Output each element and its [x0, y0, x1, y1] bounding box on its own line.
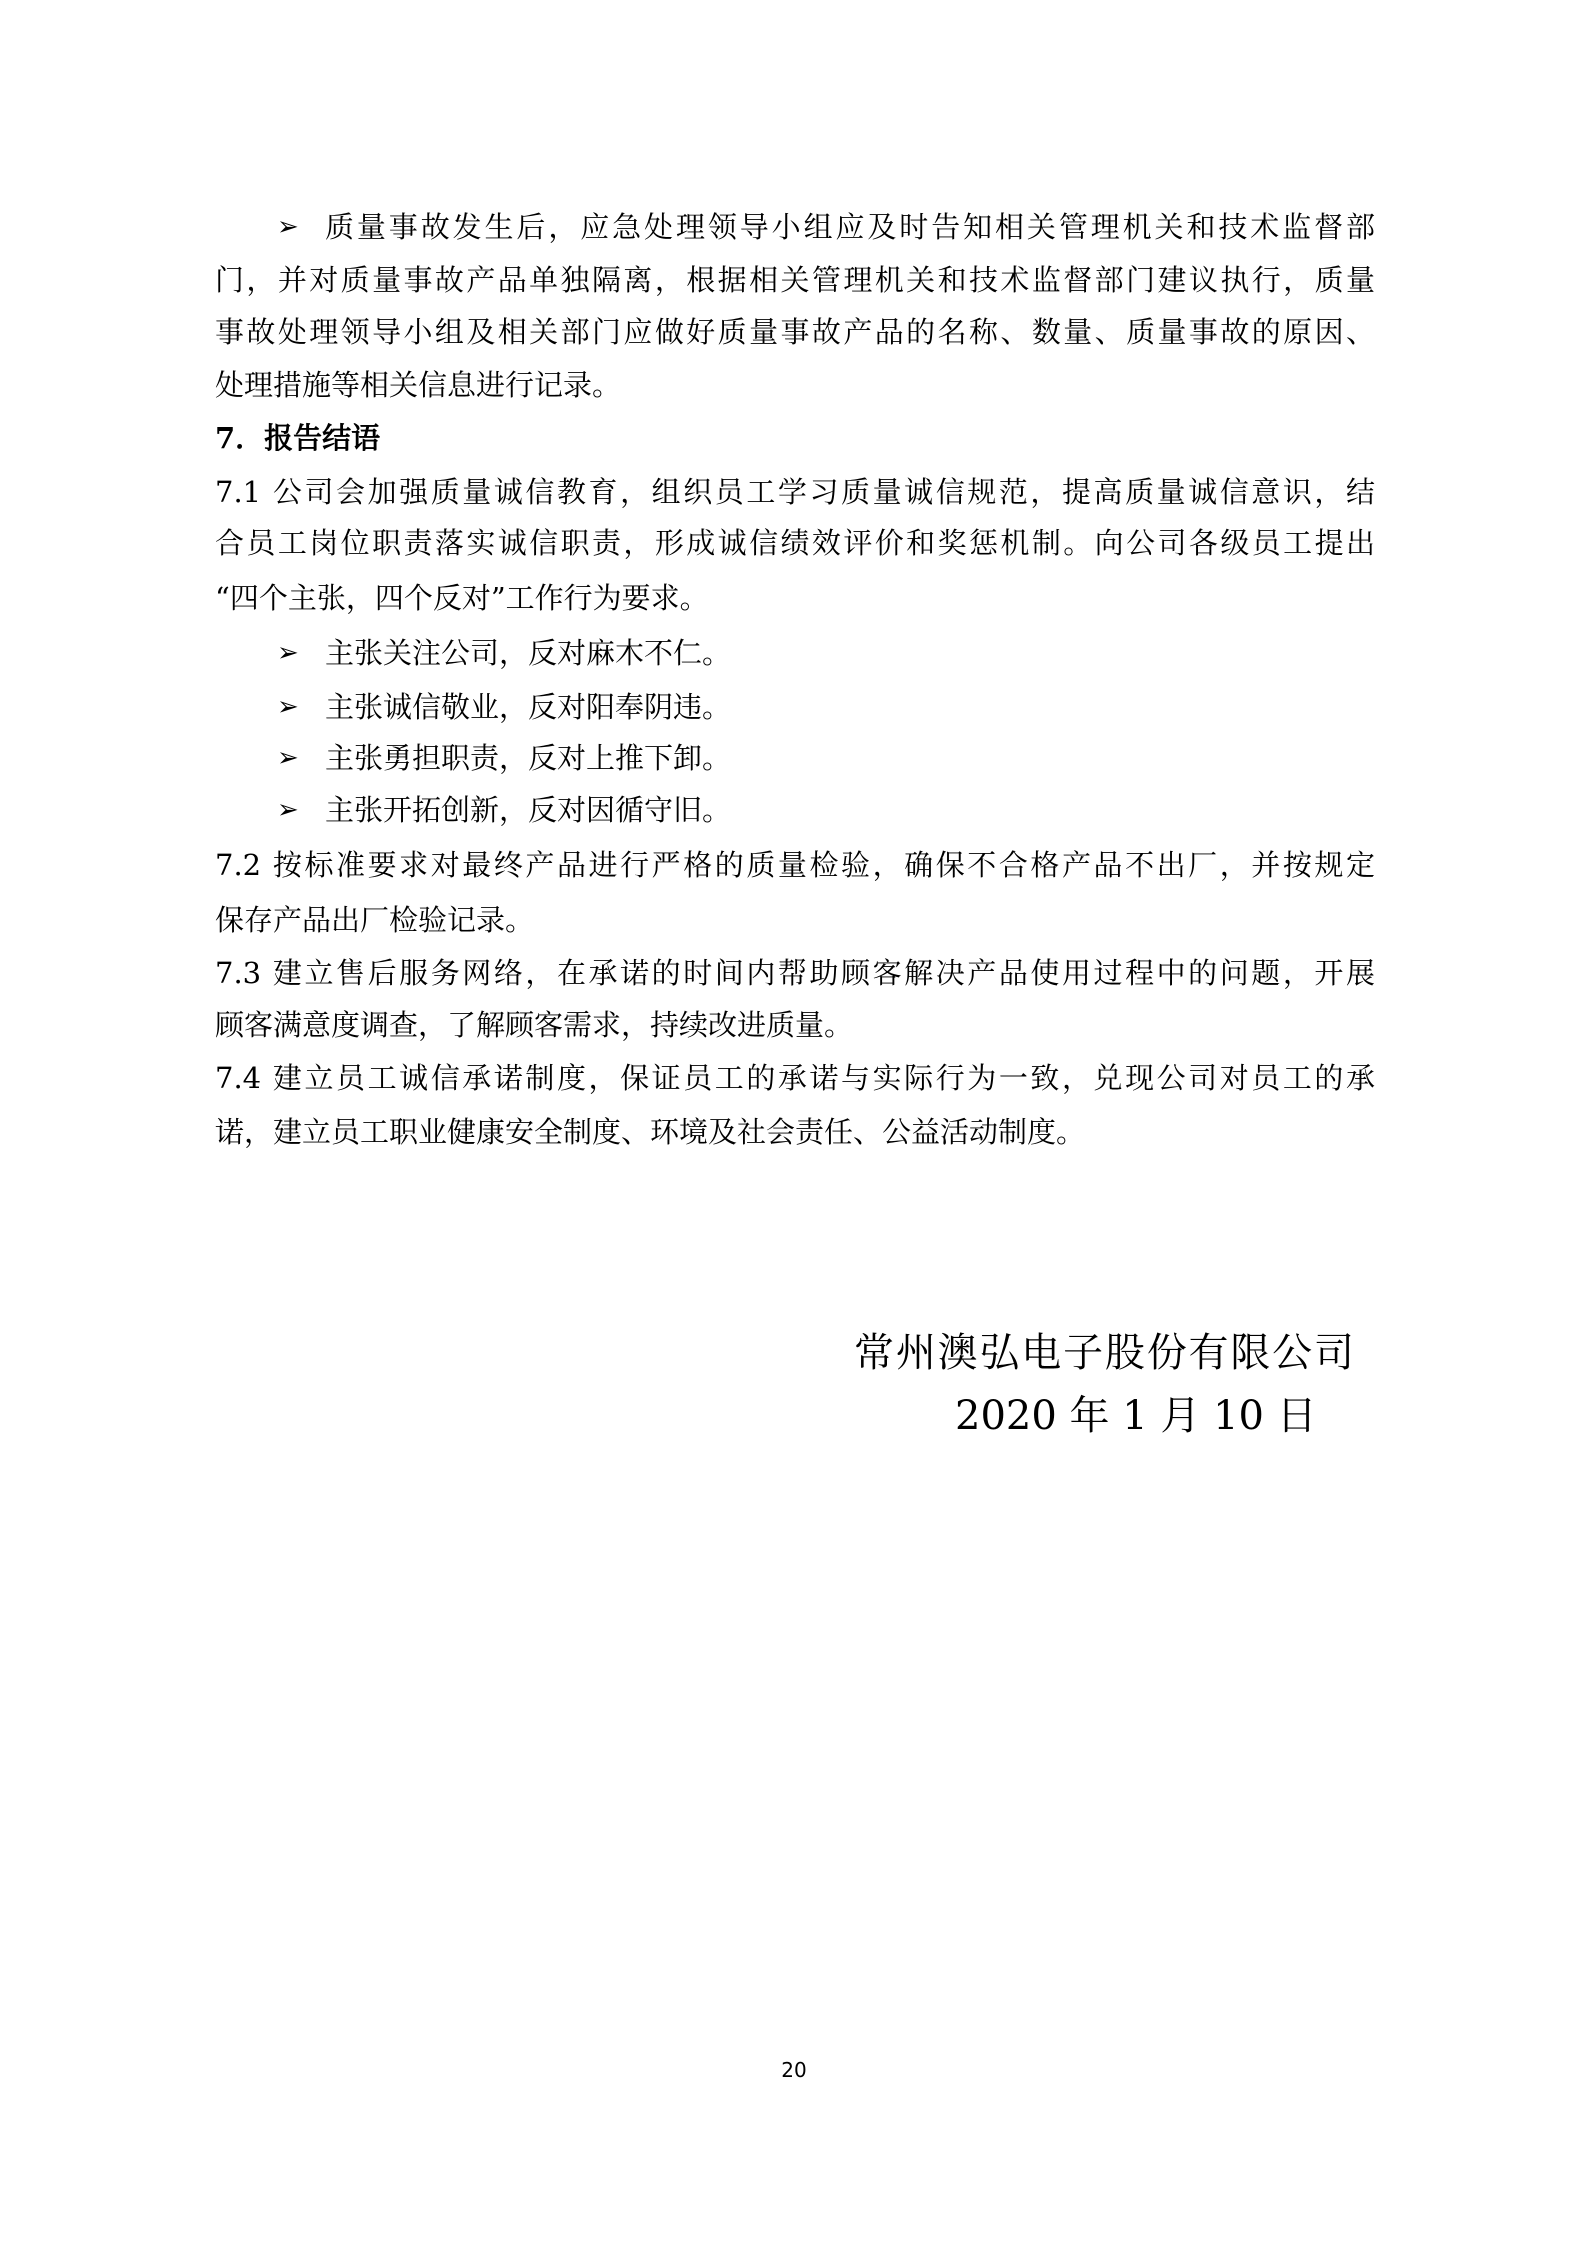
arrow-bullet-icon: ➢ — [277, 732, 299, 784]
paragraph-7-1-line-2: 合员工岗位职责落实诚信职责，形成诚信绩效评价和奖惩机制。向公司各级员工提出 — [215, 517, 1375, 569]
principle-list-item: ➢ 主张关注公司，反对麻木不仁。 — [277, 627, 1077, 679]
paragraph-7-3-line-2: 顾客满意度调查，了解顾客需求，持续改进质量。 — [215, 999, 1375, 1051]
paragraph-7-1-line-3: “四个主张，四个反对”工作行为要求。 — [215, 572, 1375, 624]
principle-text: 主张诚信敬业，反对阳奉阴违。 — [325, 681, 731, 733]
arrow-bullet-icon: ➢ — [277, 784, 299, 836]
section-heading: 7．报告结语 — [215, 412, 1375, 464]
principle-list-item: ➢ 主张诚信敬业，反对阳奉阴违。 — [277, 681, 1077, 733]
incident-text-line-4: 处理措施等相关信息进行记录。 — [215, 359, 1375, 411]
paragraph-7-3-line-1: 7.3 建立售后服务网络，在承诺的时间内帮助顾客解决产品使用过程中的问题，开展 — [215, 947, 1375, 999]
principle-list-item: ➢ 主张勇担职责，反对上推下卸。 — [277, 732, 1077, 784]
signature-company: 常州澳弘电子股份有限公司 — [854, 1323, 1354, 1383]
principle-text: 主张开拓创新，反对因循守旧。 — [325, 784, 731, 836]
principle-text: 主张关注公司，反对麻木不仁。 — [325, 627, 731, 679]
principle-text: 主张勇担职责，反对上推下卸。 — [325, 732, 731, 784]
paragraph-7-2-line-1: 7.2 按标准要求对最终产品进行严格的质量检验，确保不合格产品不出厂，并按规定 — [215, 839, 1375, 891]
page-number: 20 — [770, 2056, 818, 2084]
arrow-bullet-icon: ➢ — [277, 201, 299, 253]
incident-bullet-line-1: ➢ 质量事故发生后，应急处理领导小组应及时告知相关管理机关和技术监督部 — [277, 201, 1375, 253]
arrow-bullet-icon: ➢ — [277, 681, 299, 733]
incident-text-line-2: 门，并对质量事故产品单独隔离，根据相关管理机关和技术监督部门建议执行，质量 — [215, 254, 1375, 306]
incident-text-line-3: 事故处理领导小组及相关部门应做好质量事故产品的名称、数量、质量事故的原因、 — [215, 306, 1375, 358]
paragraph-7-4-line-1: 7.4 建立员工诚信承诺制度，保证员工的承诺与实际行为一致，兑现公司对员工的承 — [215, 1052, 1375, 1104]
paragraph-7-1-line-1: 7.1 公司会加强质量诚信教育，组织员工学习质量诚信规范，提高质量诚信意识，结 — [215, 466, 1375, 518]
principle-list-item: ➢ 主张开拓创新，反对因循守旧。 — [277, 784, 1077, 836]
arrow-bullet-icon: ➢ — [277, 627, 299, 679]
paragraph-7-4-line-2: 诺，建立员工职业健康安全制度、环境及社会责任、公益活动制度。 — [215, 1106, 1375, 1158]
signature-date: 2020 年 1 月 10 日 — [955, 1386, 1267, 1446]
incident-text-line-1: 质量事故发生后，应急处理领导小组应及时告知相关管理机关和技术监督部 — [325, 201, 1375, 253]
paragraph-7-2-line-2: 保存产品出厂检验记录。 — [215, 894, 1375, 946]
